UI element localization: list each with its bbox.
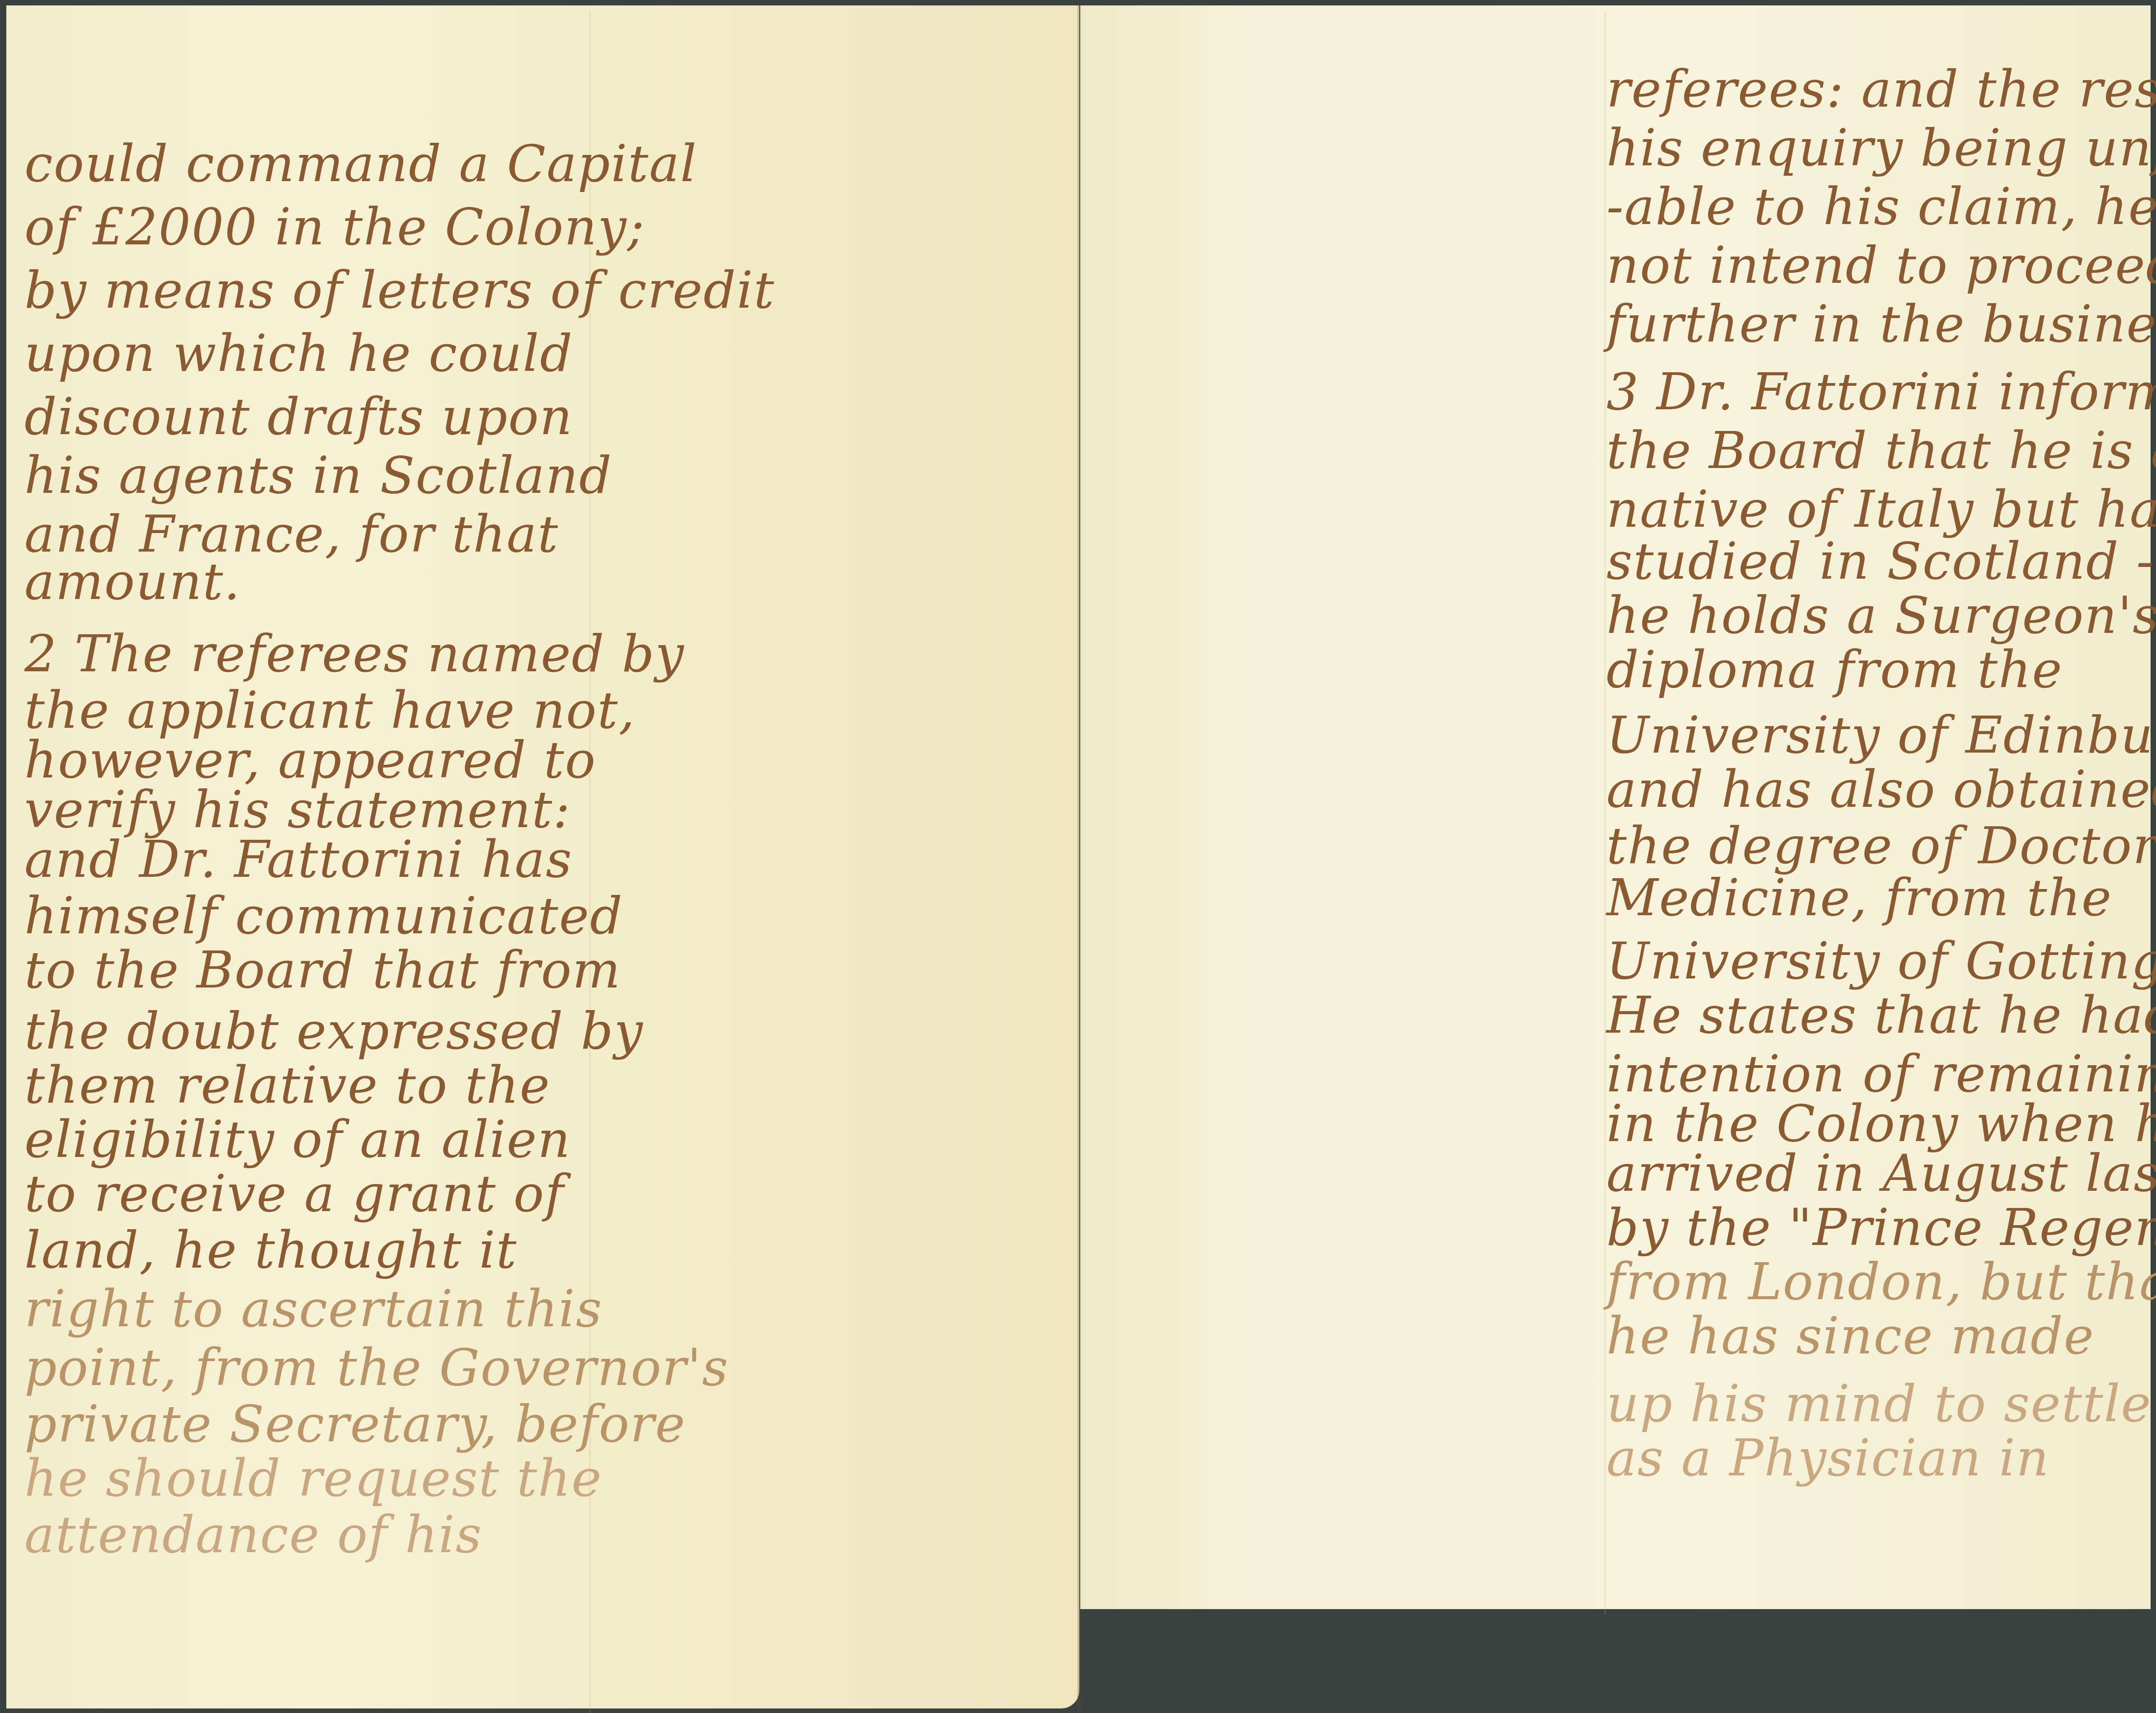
handwritten-line: the Board that he is a [1606,426,2156,476]
handwritten-line: He states that he had no [1606,990,2156,1041]
handwritten-line: native of Italy but has [1606,484,2156,535]
handwritten-line: the applicant have not, [24,685,635,736]
handwritten-line: land, he thought it [24,1225,518,1276]
handwritten-line: he should request the [24,1453,602,1504]
handwritten-line: his agents in Scotland [24,450,612,501]
handwritten-line: Medicine, from the [1606,873,2112,923]
handwritten-line: arrived in August last, [1606,1148,2156,1199]
handwritten-line: however, appeared to [24,735,596,786]
handwritten-line: he holds a Surgeon's [1606,590,2156,641]
handwritten-line: private Secretary, before [24,1399,686,1450]
handwritten-line: the degree of Doctor in [1606,821,2156,871]
handwritten-line: verify his statement: [24,785,571,835]
handwritten-line: up his mind to settle [1606,1379,2152,1429]
handwritten-line: University of Edinburgh; [1606,710,2156,761]
right-page: referees: and the result of his enquiry … [1080,5,2151,1609]
handwritten-line: intention of remaining [1606,1049,2156,1100]
handwritten-line: himself communicated [24,891,623,941]
handwritten-line: to receive a grant of [24,1169,565,1219]
handwritten-line: from London, but that [1606,1257,2156,1307]
handwritten-line: not intend to proceed [1606,240,2156,291]
handwritten-line: diploma from the [1606,645,2063,695]
handwritten-line: -able to his claim, he did [1606,182,2156,232]
handwritten-line: and has also obtained [1606,764,2156,815]
paragraph-2-start: 2 The referees named by [24,629,685,679]
handwritten-line: he has since made [1606,1311,2095,1362]
left-page: could command a Capital of £2000 in the … [6,5,1079,1708]
handwritten-line: to the Board that from [24,945,621,996]
handwritten-line: them relative to the [24,1060,551,1111]
handwritten-line: by the "Prince Regent" [1606,1203,2156,1253]
handwritten-line: could command a Capital [24,139,697,189]
handwritten-line: studied in Scotland - that [1606,536,2156,587]
handwritten-line: right to ascertain this [24,1284,602,1334]
manuscript-spread: could command a Capital of £2000 in the … [0,0,2156,1713]
paragraph-3-start: 3 Dr. Fattorini informed [1606,367,2156,417]
handwritten-line: in the Colony when he [1606,1099,2156,1149]
handwritten-line: his enquiry being unfavour [1606,123,2156,173]
handwritten-line: eligibility of an alien [24,1114,571,1165]
handwritten-line: by means of letters of credit [24,265,775,316]
paper-crease [1604,11,1606,1615]
handwritten-line: University of Gottingen. [1606,936,2156,987]
handwritten-line: as a Physician in [1606,1433,2049,1484]
handwritten-line: of £2000 in the Colony; [24,202,645,253]
handwritten-line: discount drafts upon [24,392,573,442]
handwritten-line: the doubt expressed by [24,1006,644,1057]
handwritten-line: referees: and the result of [1606,64,2156,115]
handwritten-line: point, from the Governor's [24,1343,729,1393]
handwritten-line: attendance of his [24,1510,482,1560]
handwritten-line: and Dr. Fattorini has [24,834,573,885]
handwritten-line: amount. [24,557,241,607]
handwritten-line: further in the business. [1606,299,2156,350]
handwritten-line: upon which he could [24,328,573,379]
